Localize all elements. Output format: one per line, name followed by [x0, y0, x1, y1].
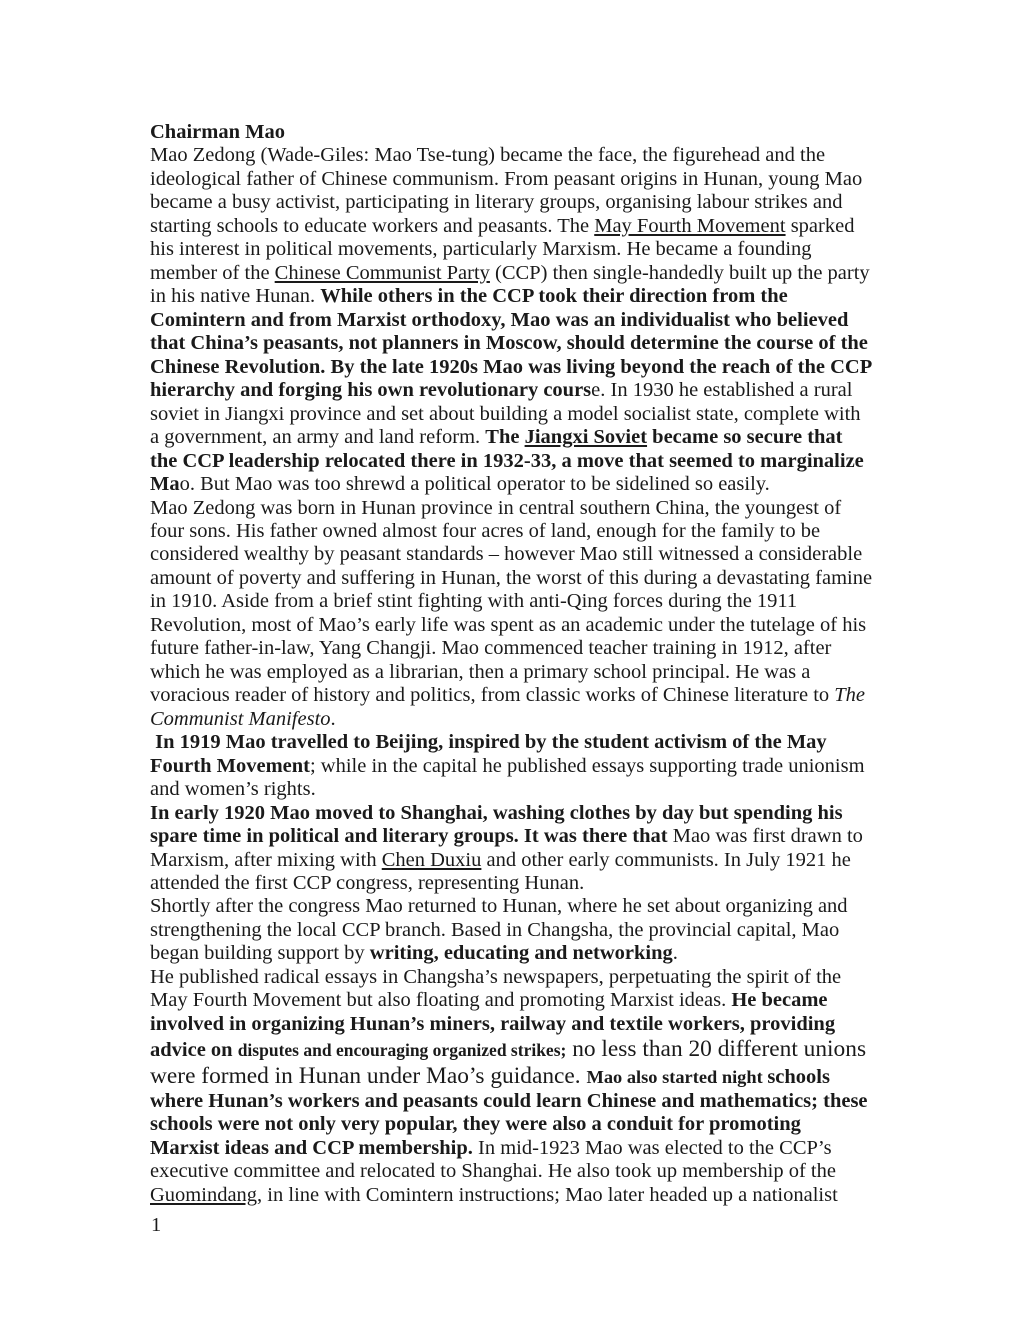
text-block: Chairman Mao Mao Zedong (Wade-Giles: Mao… [150, 121, 873, 1207]
text-run: . [673, 942, 678, 964]
paragraph-return-hunan: Shortly after the congress Mao returned … [150, 895, 873, 965]
text-run-bold: The [485, 426, 524, 448]
link-jiangxi-soviet[interactable]: Jiangxi Soviet [525, 426, 647, 448]
paragraph-overview: Mao Zedong (Wade-Giles: Mao Tse-tung) be… [150, 144, 873, 496]
text-run-bold: writing, educating and networking [370, 942, 673, 964]
paragraph-organizing-unions: He published radical essays in Changsha’… [150, 966, 873, 1207]
text-run: Mao Zedong was born in Hunan province in… [150, 497, 872, 707]
paragraph-1919-beijing: In 1919 Mao travelled to Beijing, inspir… [150, 731, 873, 801]
text-run-bold-small: disputes and encouraging organized strik… [238, 1040, 567, 1060]
link-may-fourth-movement[interactable]: May Fourth Movement [594, 215, 785, 237]
paragraph-1920-shanghai: In early 1920 Mao moved to Shanghai, was… [150, 802, 873, 896]
link-chen-duxiu[interactable]: Chen Duxiu [382, 849, 482, 871]
heading-text: Chairman Mao [150, 121, 285, 143]
text-run: o. But Mao was too shrewd a political op… [180, 473, 770, 495]
page-number: 1 [151, 1214, 161, 1237]
link-guomindang[interactable]: Guomindang [150, 1184, 257, 1206]
text-run: , in line with Comintern instructions; M… [257, 1184, 838, 1206]
paragraph-early-life: Mao Zedong was born in Hunan province in… [150, 497, 873, 732]
text-run: . [331, 708, 336, 730]
link-chinese-communist-party[interactable]: Chinese Communist Party [275, 262, 490, 284]
document-page: Chairman Mao Mao Zedong (Wade-Giles: Mao… [0, 0, 1020, 1320]
text-run-bold-small: Mao also started night [586, 1067, 767, 1087]
heading-chairman-mao: Chairman Mao [150, 121, 873, 144]
